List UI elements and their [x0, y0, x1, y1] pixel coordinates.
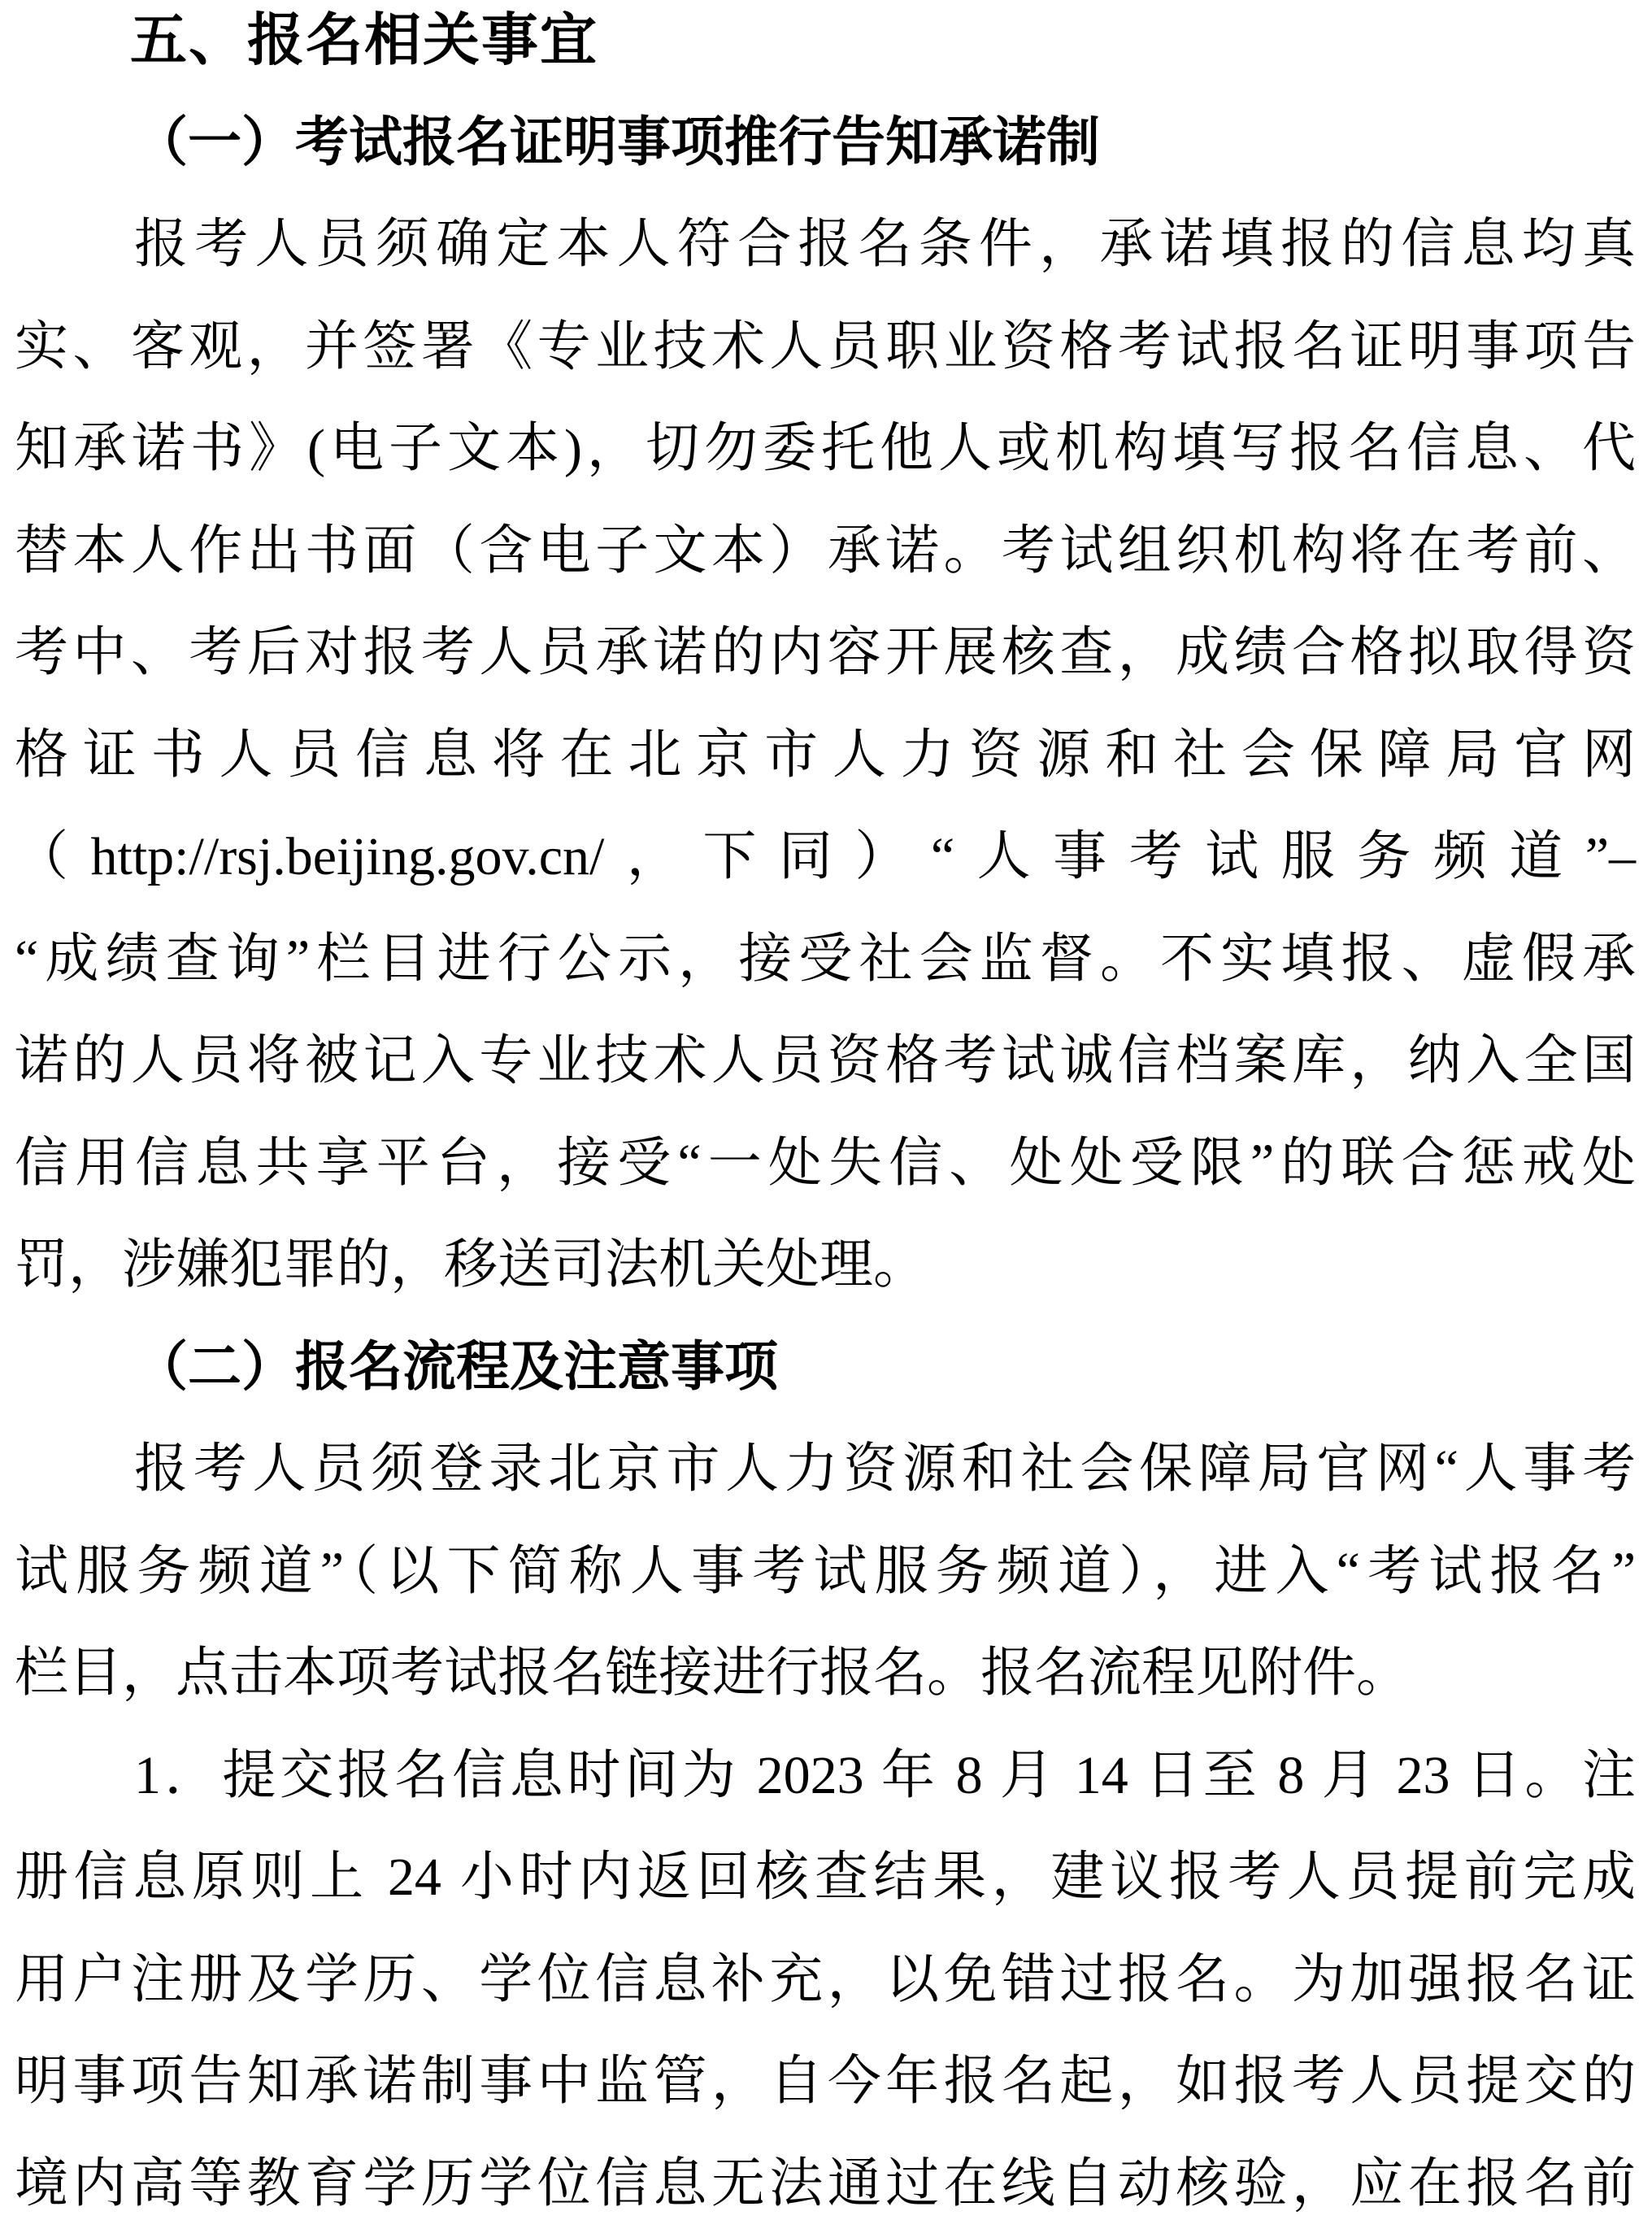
paragraph-line: 册信息原则上 24 小时内返回核查结果，建议报考人员提前完成 — [15, 1826, 1636, 1929]
paragraph-first-line: 1．提交报名信息时间为 2023 年 8 月 14 日至 8 月 23 日。注 — [15, 1725, 1636, 1827]
paragraph-line: 实、客观，并签署《专业技术人员职业资格考试报名证明事项告 — [15, 296, 1636, 398]
subsection-heading: （一）考试报名证明事项推行告知承诺制 — [15, 92, 1636, 194]
section-heading: 五、报名相关事宜 — [15, 0, 1636, 92]
paragraph-line: 用户注册及学历、学位信息补充，以免错过报名。为加强报名证 — [15, 1929, 1636, 2031]
paragraph-last-line: 栏目，点击本项考试报名链接进行报名。报名流程见附件。 — [15, 1622, 1636, 1725]
paragraph-line: 考中、考后对报考人员承诺的内容开展核查，成绩合格拟取得资 — [15, 602, 1636, 704]
paragraph-first-line: 报考人员须确定本人符合报名条件，承诺填报的信息均真 — [15, 194, 1636, 296]
paragraph-line: 诺的人员将被记入专业技术人员资格考试诚信档案库，纳入全国 — [15, 1010, 1636, 1112]
paragraph-line: 试服务频道”（以下简称人事考试服务频道），进入“考试报名” — [15, 1521, 1636, 1623]
paragraph-line: “成绩查询”栏目进行公示，接受社会监督。不实填报、虚假承 — [15, 908, 1636, 1011]
subsection-heading: （二）报名流程及注意事项 — [15, 1317, 1636, 1419]
document-page: 五、报名相关事宜（一）考试报名证明事项推行告知承诺制报考人员须确定本人符合报名条… — [0, 0, 1652, 2233]
document-text-block: 五、报名相关事宜（一）考试报名证明事项推行告知承诺制报考人员须确定本人符合报名条… — [15, 0, 1636, 2233]
paragraph-line: 信用信息共享平台，接受“一处失信、处处受限”的联合惩戒处 — [15, 1112, 1636, 1215]
paragraph-line: 境内高等教育学历学位信息无法通过在线自动核验，应在报名前 — [15, 2133, 1636, 2233]
paragraph-line: 明事项告知承诺制事中监管，自今年报名起，如报考人员提交的 — [15, 2031, 1636, 2133]
paragraph-line: 格证书人员信息将在北京市人力资源和社会保障局官网 — [15, 704, 1636, 807]
paragraph-first-line: 报考人员须登录北京市人力资源和社会保障局官网“人事考 — [15, 1418, 1636, 1521]
paragraph-line: 知承诺书》(电子文本)，切勿委托他人或机构填写报名信息、代 — [15, 398, 1636, 500]
paragraph-last-line: 罚，涉嫌犯罪的，移送司法机关处理。 — [15, 1214, 1636, 1317]
paragraph-line: 替本人作出书面（含电子文本）承诺。考试组织机构将在考前、 — [15, 500, 1636, 603]
paragraph-line: （http://rsj.beijing.gov.cn/，下同）“人事考试服务频道… — [15, 806, 1636, 908]
